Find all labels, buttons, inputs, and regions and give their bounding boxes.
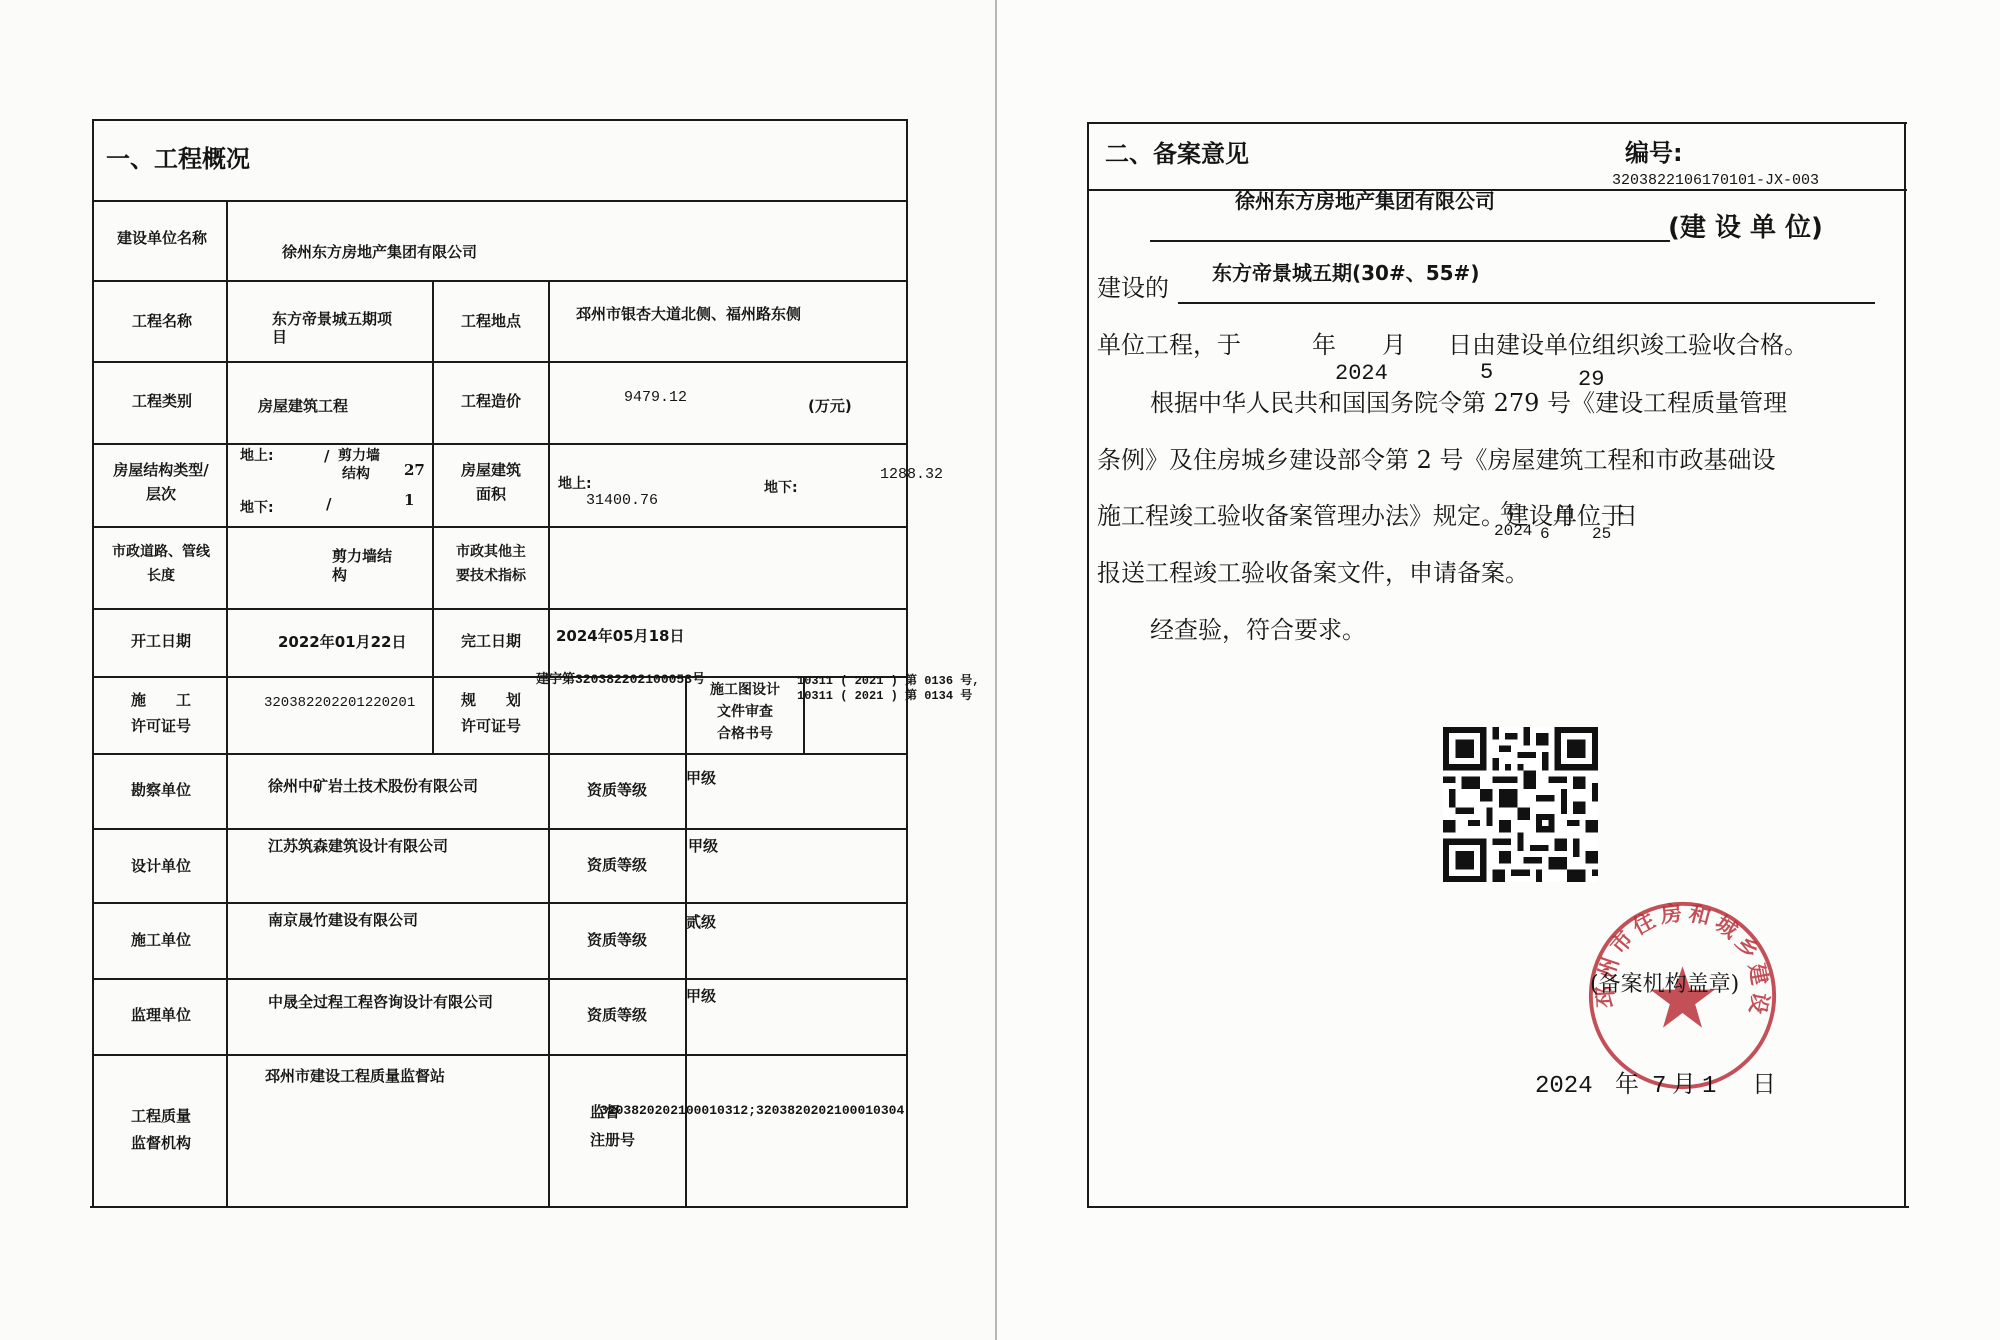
builder-value: 徐州东方房地产集团有限公司 bbox=[282, 244, 477, 261]
municipal-length-label-line2: 长度 bbox=[98, 568, 224, 584]
acceptance-month-char: 月 bbox=[1382, 332, 1406, 360]
project-name-label: 工程名称 bbox=[100, 313, 224, 330]
structure-below-label: 地下: bbox=[240, 500, 274, 516]
area-above-label: 地上: bbox=[558, 476, 592, 492]
section-title-filing: 二、备案意见 bbox=[1105, 141, 1249, 169]
project-cost-value: 9479.12 bbox=[624, 389, 687, 406]
start-date-value: 2022年01月22日 bbox=[278, 634, 407, 651]
drawing-review-label-line3: 合格书号 bbox=[688, 726, 802, 742]
submit-year: 2024 bbox=[1494, 522, 1532, 540]
regulation-paragraph-line1: 根据中华人民共和国国务院令第 279 号《建设工程质量管理 bbox=[1150, 390, 1787, 418]
supervision-reg-value: 3203820202100010312;3203820202100010304 bbox=[600, 1104, 904, 1119]
project-underline bbox=[1178, 302, 1875, 304]
municipal-other-label-line1: 市政其他主 bbox=[436, 544, 546, 560]
inspection-result: 经查验，符合要求。 bbox=[1150, 617, 1366, 645]
submit-month: 6 bbox=[1540, 525, 1550, 543]
end-date-value: 2024年05月18日 bbox=[556, 628, 685, 645]
drawing-review-label-line1: 施工图设计 bbox=[688, 682, 802, 698]
project-category-value: 房屋建筑工程 bbox=[258, 398, 348, 415]
municipal-length-value-line2: 构 bbox=[332, 567, 347, 584]
builder-suffix: (建 设 单 位) bbox=[1668, 214, 1823, 244]
end-date-label: 完工日期 bbox=[436, 633, 546, 650]
sign-month-char: 月 bbox=[1672, 1071, 1696, 1099]
filing-project-name: 东方帝景城五期(30#、55#) bbox=[1212, 262, 1479, 285]
area-above-value: 31400.76 bbox=[586, 492, 658, 509]
builder-name: 徐州东方房地产集团有限公司 bbox=[1235, 190, 1495, 213]
builder-label: 建设单位名称 bbox=[102, 230, 222, 247]
area-label-line1: 房屋建筑 bbox=[436, 462, 546, 479]
structure-above-label: 地上: bbox=[240, 448, 274, 464]
structure-below-slash: / bbox=[326, 496, 331, 513]
project-name-value-line2: 目 bbox=[272, 329, 287, 346]
quality-supervision-label-line1: 工程质量 bbox=[98, 1108, 224, 1125]
area-below-label: 地下: bbox=[764, 480, 798, 496]
project-location-label: 工程地点 bbox=[436, 313, 546, 330]
area-below-value: 1288.32 bbox=[880, 466, 943, 483]
acceptance-year-char: 年 bbox=[1312, 332, 1336, 360]
survey-qual-value: 甲级 bbox=[686, 770, 716, 787]
quality-supervision-value: 邳州市建设工程质量监督站 bbox=[265, 1068, 445, 1085]
construction-permit-value: 320382202201220201 bbox=[264, 695, 415, 711]
structure-above-slash: / bbox=[324, 448, 329, 465]
construction-qual-label: 资质等级 bbox=[552, 932, 682, 949]
supervision-unit-value: 中晟全过程工程咨询设计有限公司 bbox=[268, 994, 493, 1011]
area-label-line2: 面积 bbox=[436, 486, 546, 503]
structure-below-floors: 1 bbox=[404, 492, 414, 509]
structure-above-floors: 27 bbox=[404, 462, 425, 479]
project-cost-unit: (万元) bbox=[808, 398, 852, 415]
construction-qual-value: 贰级 bbox=[686, 914, 716, 931]
regulation-paragraph-line2: 条例》及住房城乡建设部令第 2 号《房屋建筑工程和市政基础设 bbox=[1097, 447, 1776, 475]
submit-day: 25 bbox=[1592, 525, 1611, 543]
supervision-unit-label: 监理单位 bbox=[98, 1007, 224, 1024]
structure-label-line1: 房屋结构类型/ bbox=[98, 462, 224, 479]
drawing-review-value-line2: 10311 ( 2021 ) 第 0134 号 bbox=[797, 690, 972, 704]
survey-qual-label: 资质等级 bbox=[552, 782, 682, 799]
stamp-caption: (备案机构盖章) bbox=[1590, 972, 1739, 997]
builder-underline bbox=[1150, 240, 1670, 242]
survey-unit-label: 勘察单位 bbox=[98, 782, 224, 799]
project-cost-label: 工程造价 bbox=[436, 393, 546, 410]
start-date-label: 开工日期 bbox=[98, 633, 224, 650]
acceptance-year: 2024 bbox=[1335, 361, 1388, 386]
filing-number-value: 3203822106170101-JX-003 bbox=[1612, 172, 1819, 189]
municipal-other-label-line2: 要技术指标 bbox=[436, 568, 546, 584]
qr-code-icon bbox=[1443, 727, 1598, 882]
supervision-qual-label: 资质等级 bbox=[552, 1007, 682, 1024]
design-qual-value: 甲级 bbox=[688, 838, 718, 855]
quality-supervision-label-line2: 监督机构 bbox=[98, 1135, 224, 1152]
structure-above-type-line2: 结构 bbox=[342, 466, 370, 482]
project-name-value-line1: 东方帝景城五期项 bbox=[272, 311, 392, 328]
construction-permit-label-line1: 施 工 bbox=[98, 692, 224, 709]
submit-day-char: 日 bbox=[1614, 503, 1638, 531]
drawing-review-value-line1: 10311 ( 2021 ) 第 0136 号, bbox=[797, 675, 979, 689]
supervision-reg-label-line2: 注册号 bbox=[590, 1132, 635, 1149]
regulation-paragraph-line4: 报送工程竣工验收备案文件，申请备案。 bbox=[1097, 560, 1529, 588]
acceptance-line-suffix: 日由建设单位组织竣工验收合格。 bbox=[1448, 332, 1808, 360]
planning-permit-label-line2: 许可证号 bbox=[436, 718, 546, 735]
design-unit-label: 设计单位 bbox=[98, 858, 224, 875]
page-fold-line bbox=[995, 0, 997, 1340]
submit-month-char: 月 bbox=[1552, 503, 1576, 531]
right-page bbox=[997, 0, 2000, 1340]
built-prefix: 建设的 bbox=[1097, 275, 1169, 303]
sign-day: 1 bbox=[1702, 1073, 1716, 1101]
structure-above-type-line1: 剪力墙 bbox=[338, 448, 380, 464]
drawing-review-label-line2: 文件审查 bbox=[688, 704, 802, 720]
sign-day-char: 日 bbox=[1752, 1071, 1776, 1099]
section-title-overview: 一、工程概况 bbox=[106, 146, 250, 174]
municipal-length-label-line1: 市政道路、管线 bbox=[98, 544, 224, 560]
supervision-qual-value: 甲级 bbox=[686, 988, 716, 1005]
construction-permit-label-line2: 许可证号 bbox=[98, 718, 224, 735]
sign-year: 2024 bbox=[1535, 1073, 1593, 1101]
filing-number-label: 编号: bbox=[1625, 140, 1683, 168]
structure-label-line2: 层次 bbox=[98, 486, 224, 503]
planning-permit-value: 建字第320382202100053号 bbox=[536, 673, 705, 688]
planning-permit-label-line1: 规 划 bbox=[436, 692, 546, 709]
survey-unit-value: 徐州中矿岩土技术股份有限公司 bbox=[268, 778, 478, 795]
design-qual-label: 资质等级 bbox=[552, 857, 682, 874]
construction-unit-value: 南京晟竹建设有限公司 bbox=[268, 912, 418, 929]
design-unit-value: 江苏筑森建筑设计有限公司 bbox=[268, 838, 448, 855]
submit-year-char: 年 bbox=[1500, 500, 1520, 523]
sign-month: 7 bbox=[1652, 1073, 1666, 1101]
municipal-length-value-line1: 剪力墙结 bbox=[332, 548, 392, 565]
acceptance-line-prefix: 单位工程，于 bbox=[1097, 332, 1241, 360]
project-location-value: 邳州市银杏大道北侧、福州路东侧 bbox=[576, 306, 801, 323]
project-category-label: 工程类别 bbox=[100, 393, 224, 410]
construction-unit-label: 施工单位 bbox=[98, 932, 224, 949]
sign-year-char: 年 bbox=[1615, 1071, 1639, 1099]
acceptance-month: 5 bbox=[1480, 360, 1493, 385]
